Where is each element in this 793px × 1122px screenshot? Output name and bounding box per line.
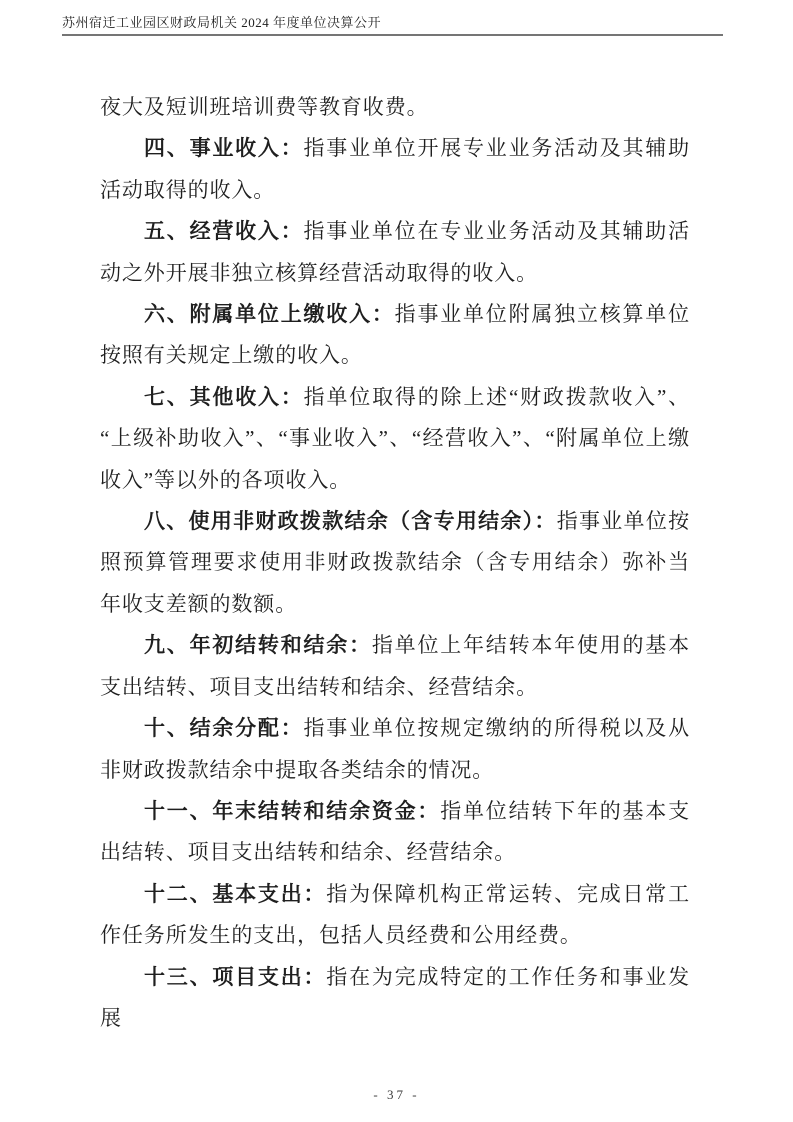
paragraph-continuation: 夜大及短训班培训费等教育收费。 <box>100 87 690 128</box>
paragraph-item-9: 九、年初结转和结余：指单位上年结转本年使用的基本支出结转、项目支出结转和结余、经… <box>100 625 690 708</box>
page-header: 苏州宿迁工业园区财政局机关 2024 年度单位决算公开 <box>62 12 723 36</box>
term-label: 四、事业收入： <box>144 136 304 160</box>
term-label: 十一、年末结转和结余资金： <box>144 799 440 823</box>
paragraph-item-8: 八、使用非财政拨款结余（含专用结余）：指事业单位按照预算管理要求使用非财政拨款结… <box>100 501 690 625</box>
paragraph-item-10: 十、结余分配：指事业单位按规定缴纳的所得税以及从非财政拨款结余中提取各类结余的情… <box>100 708 690 791</box>
term-label: 六、附属单位上缴收入： <box>144 302 395 326</box>
paragraph-item-6: 六、附属单位上缴收入：指事业单位附属独立核算单位按照有关规定上缴的收入。 <box>100 294 690 377</box>
paragraph-item-12: 十二、基本支出：指为保障机构正常运转、完成日常工作任务所发生的支出，包括人员经费… <box>100 874 690 957</box>
paragraph-item-7: 七、其他收入：指单位取得的除上述“财政拨款收入”、“上级补助收入”、“事业收入”… <box>100 377 690 501</box>
term-label: 五、经营收入： <box>144 219 304 243</box>
term-label: 七、其他收入： <box>144 385 304 409</box>
document-body: 夜大及短训班培训费等教育收费。 四、事业收入：指事业单位开展专业业务活动及其辅助… <box>100 87 690 1039</box>
term-label: 十二、基本支出： <box>144 882 326 906</box>
term-label: 八、使用非财政拨款结余（含专用结余）： <box>144 509 557 533</box>
paragraph-item-11: 十一、年末结转和结余资金：指单位结转下年的基本支出结转、项目支出结转和结余、经营… <box>100 791 690 874</box>
term-label: 九、年初结转和结余： <box>144 633 372 657</box>
page-number: - 37 - <box>373 1087 419 1102</box>
page-footer: - 37 - <box>0 1086 793 1104</box>
term-label: 十、结余分配： <box>144 716 304 740</box>
document-page: 苏州宿迁工业园区财政局机关 2024 年度单位决算公开 夜大及短训班培训费等教育… <box>0 0 793 1122</box>
term-label: 十三、项目支出： <box>144 965 326 989</box>
document-header-title: 苏州宿迁工业园区财政局机关 2024 年度单位决算公开 <box>62 12 723 31</box>
paragraph-item-13: 十三、项目支出：指在为完成特定的工作任务和事业发展 <box>100 957 690 1040</box>
paragraph-item-4: 四、事业收入：指事业单位开展专业业务活动及其辅助活动取得的收入。 <box>100 128 690 211</box>
paragraph-item-5: 五、经营收入：指事业单位在专业业务活动及其辅助活动之外开展非独立核算经营活动取得… <box>100 211 690 294</box>
